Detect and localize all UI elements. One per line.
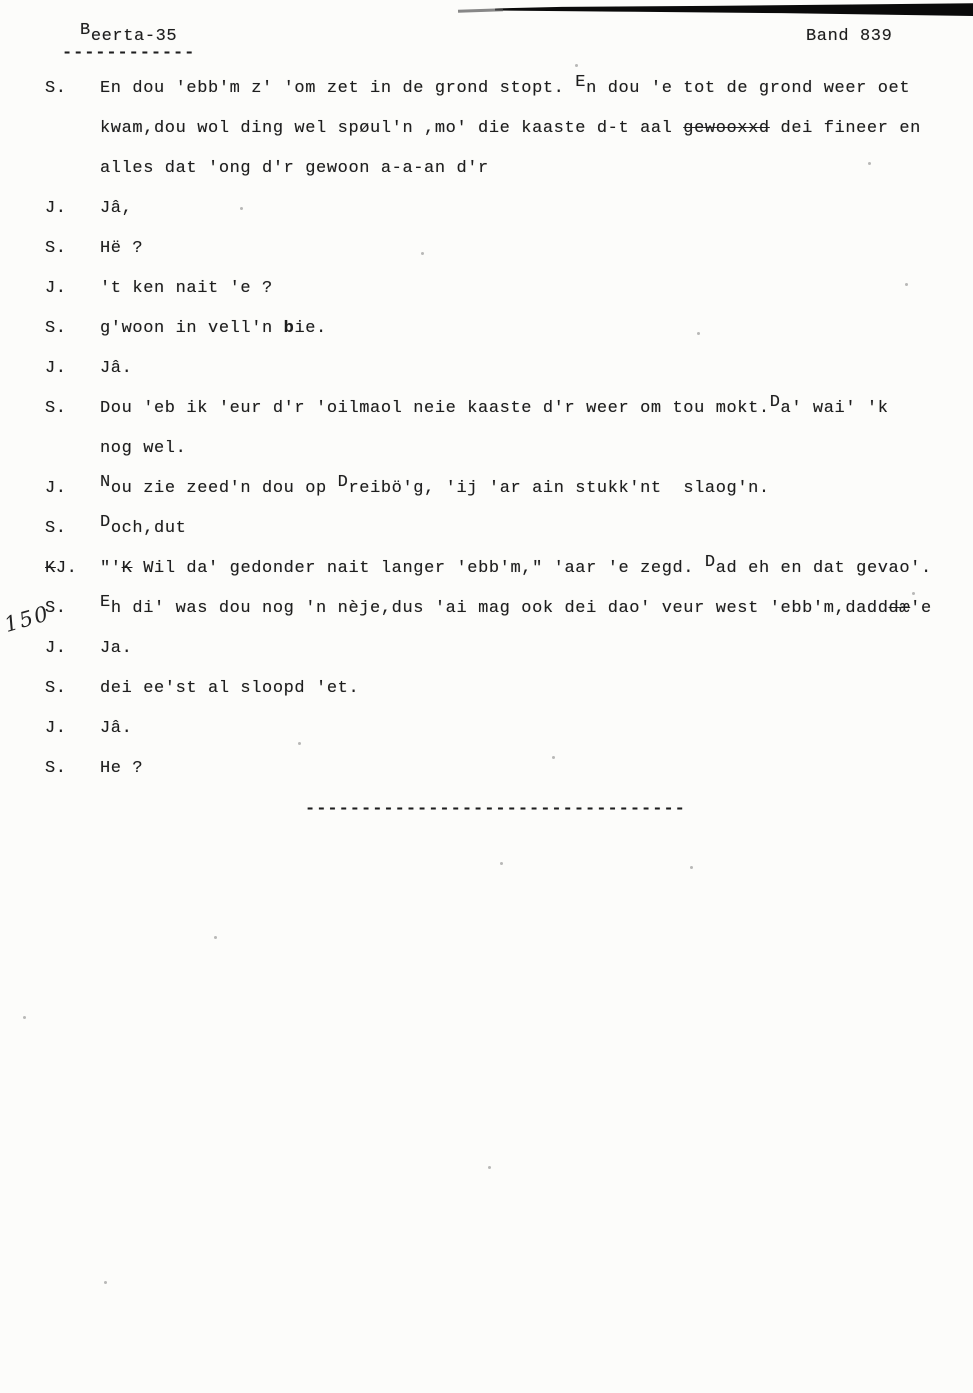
utterance-text: Eh di' was dou nog 'n nèje,dus 'ai mag o…	[100, 599, 932, 618]
utterance-text: Hë ?	[100, 239, 143, 258]
utterance-text: En dou 'ebb'm z' 'om zet in de grond sto…	[100, 79, 910, 98]
scan-speck	[697, 332, 700, 335]
scan-speck	[552, 756, 555, 759]
transcript-line: J.Jâ.	[0, 348, 973, 388]
speaker-label: J.	[45, 279, 100, 298]
utterance-text: He ?	[100, 759, 143, 778]
utterance-text: Jâ.	[100, 719, 132, 738]
transcript-line: J.Jâ.	[0, 708, 973, 748]
utterance-text: Ja.	[100, 639, 132, 658]
utterance-text: alles dat 'ong d'r gewoon a-a-an d'r	[100, 159, 489, 178]
speaker-label: S.	[45, 79, 100, 98]
utterance-text: dei ee'st al sloopd 'et.	[100, 679, 359, 698]
utterance-text: Doch,dut	[100, 519, 186, 538]
utterance-text: Dou 'eb ik 'eur d'r 'oilmaol neie kaaste…	[100, 399, 889, 418]
utterance-text: kwam,dou wol ding wel spøul'n ,mo' die k…	[100, 119, 921, 138]
speaker-label: KJ.	[45, 559, 100, 578]
transcript-line: alles dat 'ong d'r gewoon a-a-an d'r	[0, 148, 973, 188]
speaker-label: J.	[45, 199, 100, 218]
scan-speck	[23, 1016, 26, 1019]
utterance-text: Jâ.	[100, 359, 132, 378]
scan-speck	[500, 862, 503, 865]
end-separator-dashes: ----------------------------------	[305, 800, 686, 819]
scan-speck	[214, 936, 217, 939]
scan-speck	[912, 592, 915, 595]
transcript-line: J.'t ken nait 'e ?	[0, 268, 973, 308]
speaker-label: S.	[45, 319, 100, 338]
transcript-line: J.Jâ,	[0, 188, 973, 228]
transcript-line: S.En dou 'ebb'm z' 'om zet in de grond s…	[0, 68, 973, 108]
scan-edge-artifact	[495, 3, 973, 16]
transcript-line: S.dei ee'st al sloopd 'et.	[0, 668, 973, 708]
speaker-label: J.	[45, 639, 100, 658]
transcript-line: nog wel.	[0, 428, 973, 468]
scan-speck	[905, 283, 908, 286]
utterance-text: nog wel.	[100, 439, 186, 458]
scan-speck	[421, 252, 424, 255]
transcript-line: S.Doch,dut	[0, 508, 973, 548]
utterance-text: Nou zie zeed'n dou op Dreibö'g, 'ij 'ar …	[100, 479, 770, 498]
scan-speck	[488, 1166, 491, 1169]
scan-edge-artifact-lead	[458, 8, 503, 13]
transcript-line: S.He ?	[0, 748, 973, 788]
speaker-label: S.	[45, 399, 100, 418]
transcript-line: kwam,dou wol ding wel spøul'n ,mo' die k…	[0, 108, 973, 148]
transcript-line: S.g'woon in vell'n bie.	[0, 308, 973, 348]
document-title-underline: ------------	[62, 44, 195, 63]
speaker-label: S.	[45, 239, 100, 258]
scan-speck	[240, 207, 243, 210]
transcript-line: J.Nou zie zeed'n dou op Dreibö'g, 'ij 'a…	[0, 468, 973, 508]
scan-speck	[104, 1281, 107, 1284]
transcript-line: S.Eh di' was dou nog 'n nèje,dus 'ai mag…	[0, 588, 973, 628]
scan-speck	[690, 866, 693, 869]
utterance-text: g'woon in vell'n bie.	[100, 319, 327, 338]
band-number-label: Band 839	[806, 27, 892, 46]
speaker-label: S.	[45, 519, 100, 538]
utterance-text: "'K Wil da' gedonder nait langer 'ebb'm,…	[100, 559, 932, 578]
utterance-text: 't ken nait 'e ?	[100, 279, 273, 298]
speaker-label: J.	[45, 479, 100, 498]
transcript-line: J.Ja.	[0, 628, 973, 668]
speaker-label: J.	[45, 359, 100, 378]
transcript-line: KJ."'K Wil da' gedonder nait langer 'ebb…	[0, 548, 973, 588]
speaker-label: S.	[45, 679, 100, 698]
utterance-text: Jâ,	[100, 199, 132, 218]
transcript: S.En dou 'ebb'm z' 'om zet in de grond s…	[0, 68, 973, 788]
transcript-line: S.Hë ?	[0, 228, 973, 268]
transcript-line: S.Dou 'eb ik 'eur d'r 'oilmaol neie kaas…	[0, 388, 973, 428]
scan-speck	[575, 64, 578, 67]
speaker-label: S.	[45, 599, 100, 618]
scanned-document-page: Beerta-35 ------------ Band 839 150 S.En…	[0, 0, 973, 1393]
speaker-label: J.	[45, 719, 100, 738]
speaker-label: S.	[45, 759, 100, 778]
scan-speck	[298, 742, 301, 745]
scan-speck	[868, 162, 871, 165]
